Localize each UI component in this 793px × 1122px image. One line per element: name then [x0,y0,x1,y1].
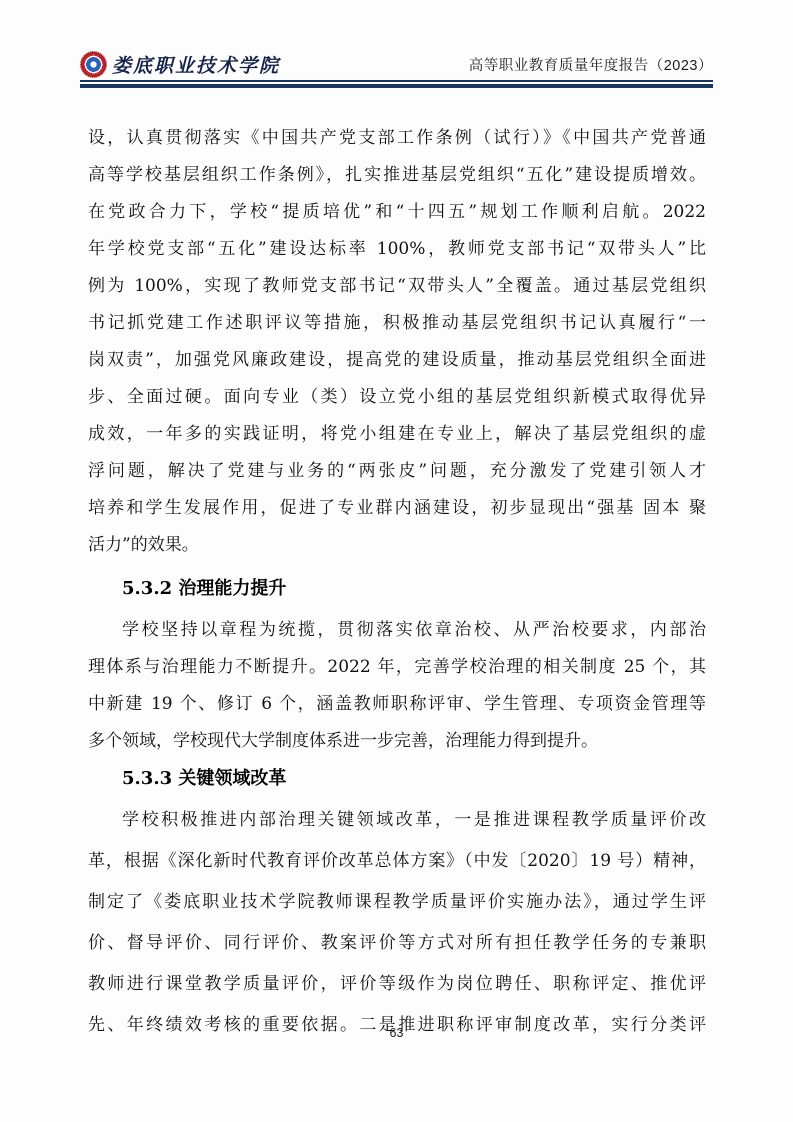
body-text-line: 革，根据《深化新时代教育评价改革总体方案》（中发〔2020〕19 号）精神， [88,841,706,882]
header-left: 娄底职业技术学院 [80,51,280,78]
body-text-line: 价、督导评价、同行评价、教案评价等方式对所有担任教学任务的专兼职 [88,923,706,964]
body-text-line: 学校坚持以章程为统揽，贯彻落实依章治校、从严治校要求，内部治 [88,612,706,649]
paragraph-1: 设，认真贯彻落实《中国共产党支部工作条例（试行）》《中国共产党普通 高等学校基层… [88,120,706,564]
page-number: 63 [390,1026,404,1040]
body-text-line: 教师进行课堂教学质量评价，评价等级作为岗位聘任、职称评定、推优评 [88,964,706,1005]
body-text-line: 浮问题，解决了党建与业务的“两张皮”问题，充分激发了党建引领人才 [88,453,706,490]
page-body: 设，认真贯彻落实《中国共产党支部工作条例（试行）》《中国共产党普通 高等学校基层… [88,120,706,1046]
body-text-line: 书记抓党建工作述职评议等措施，积极推动基层党组织书记认真履行“一 [88,305,706,342]
report-title: 高等职业教育质量年度报告（2023） [469,54,713,75]
header-rule [80,80,713,88]
body-text-line: 成效，一年多的实践证明，将党小组建在专业上，解决了基层党组织的虚 [88,416,706,453]
body-text-line: 学校积极推进内部治理关键领域改革，一是推进课程教学质量评价改 [88,800,706,841]
school-seal-icon [80,51,107,78]
header-rule-thin [80,80,713,82]
body-text-line: 设，认真贯彻落实《中国共产党支部工作条例（试行）》《中国共产党普通 [88,120,706,157]
body-text-line: 例为 100%，实现了教师党支部书记“双带头人”全覆盖。通过基层党组织 [88,268,706,305]
body-text-line: 活力”的效果。 [88,527,706,564]
body-text-line: 培养和学生发展作用，促进了专业群内涵建设，初步显现出“强基 固本 聚 [88,490,706,527]
body-text-line: 多个领域，学校现代大学制度体系进一步完善，治理能力得到提升。 [88,723,706,760]
body-text-line: 步、全面过硬。面向专业（类）设立党小组的基层党组织新模式取得优异 [88,379,706,416]
paragraph-3: 学校积极推进内部治理关键领域改革，一是推进课程教学质量评价改 革，根据《深化新时… [88,800,706,1046]
paragraph-2: 学校坚持以章程为统揽，贯彻落实依章治校、从严治校要求，内部治 理体系与治理能力不… [88,612,706,760]
body-text-line: 理体系与治理能力不断提升。2022 年，完善学校治理的相关制度 25 个，其 [88,649,706,686]
document-page: 娄底职业技术学院 高等职业教育质量年度报告（2023） 设，认真贯彻落实《中国共… [0,0,793,1122]
body-text-line: 制定了《娄底职业技术学院教师课程教学质量评价实施办法》，通过学生评 [88,882,706,923]
body-text-line: 岗双责”，加强党风廉政建设，提高党的建设质量，推动基层党组织全面进 [88,342,706,379]
body-text-line: 年学校党支部“五化”建设达标率 100%，教师党支部书记“双带头人”比 [88,231,706,268]
school-name: 娄底职业技术学院 [112,51,280,78]
body-text-line: 高等学校基层组织工作条例》，扎实推进基层党组织“五化”建设提质增效。 [88,157,706,194]
body-text-line: 中新建 19 个、修订 6 个，涵盖教师职称评审、学生管理、专项资金管理等 [88,686,706,723]
section-heading-5-3-2: 5.3.2 治理能力提升 [88,574,706,604]
section-heading-5-3-3: 5.3.3 关键领域改革 [88,764,706,794]
page-footer: 63 [0,1026,793,1040]
body-text-line: 在党政合力下，学校“提质培优”和“十四五”规划工作顺利启航。2022 [88,194,706,231]
header-rule-thick [80,84,713,88]
page-header: 娄底职业技术学院 高等职业教育质量年度报告（2023） [80,48,713,80]
